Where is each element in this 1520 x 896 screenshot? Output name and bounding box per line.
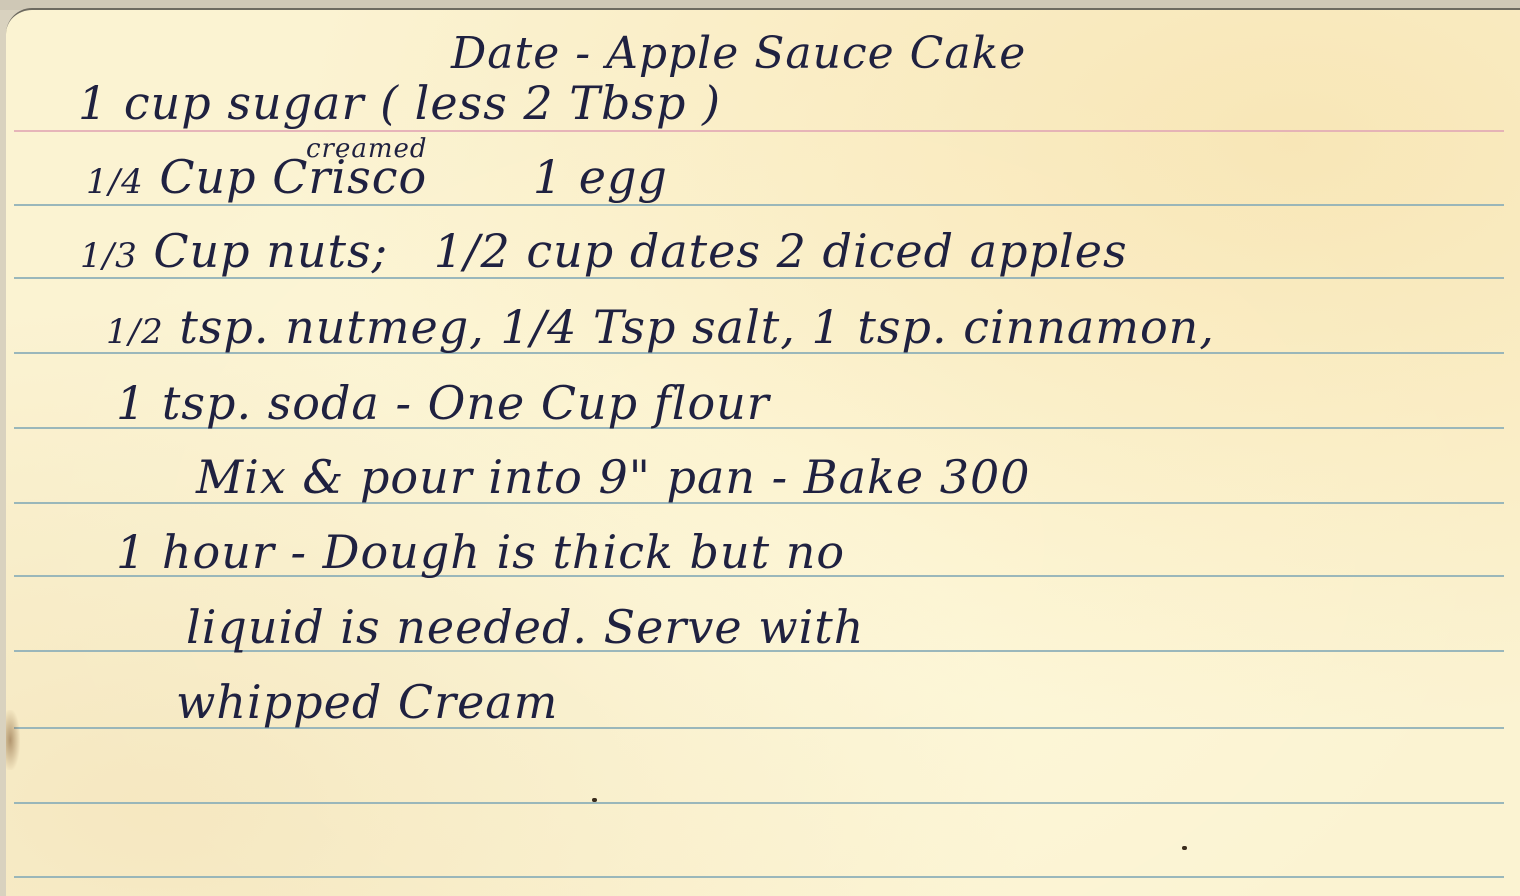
- age-stain: [6, 710, 20, 770]
- ingredient-text: Cup nuts;: [153, 224, 388, 278]
- ingredient-line-4: 1/2 tsp. nutmeg, 1/4 Tsp salt, 1 tsp. ci…: [106, 300, 1215, 354]
- directions-line-1: Mix & pour into 9" pan - Bake 300: [196, 450, 1031, 504]
- ruled-line: [14, 876, 1504, 878]
- ingredient-line-1: 1 cup sugar ( less 2 Tbsp ): [78, 76, 721, 130]
- ingredient-text: Cup Crisco: [159, 150, 427, 204]
- ingredient-qty: 1: [116, 376, 146, 430]
- directions-line-3: liquid is needed. Serve with: [186, 600, 864, 654]
- ingredient-line-3: 1/3 Cup nuts; 1/2 cup dates 2 diced appl…: [80, 224, 1128, 278]
- recipe-title: Date - Apple Sauce Cake: [451, 28, 1026, 79]
- ingredient-qty: 1: [78, 76, 108, 130]
- ingredient-text: tsp. nutmeg, 1/4 Tsp salt, 1 tsp. cinnam…: [179, 300, 1215, 354]
- ingredient-text: cup sugar ( less 2 Tbsp ): [124, 76, 721, 130]
- ruled-line: [14, 204, 1504, 206]
- ink-speck: [592, 798, 597, 802]
- ingredient-extra: 1 egg: [533, 150, 668, 204]
- directions-line-2: 1 hour - Dough is thick but no: [116, 525, 845, 579]
- recipe-card-scan: Date - Apple Sauce Cake 1 cup sugar ( le…: [0, 0, 1520, 896]
- ingredient-line-5: 1 tsp. soda - One Cup flour: [116, 376, 770, 430]
- ingredient-text: tsp. soda - One Cup flour: [162, 376, 770, 430]
- ink-speck: [1182, 846, 1187, 850]
- ruled-line: [14, 802, 1504, 804]
- header-rule: [14, 130, 1504, 132]
- ingredient-extra: 1/2 cup dates 2 diced apples: [434, 224, 1128, 278]
- ingredient-qty: 1/2: [106, 312, 164, 352]
- ingredient-qty: 1/4: [86, 162, 144, 202]
- recipe-card: Date - Apple Sauce Cake 1 cup sugar ( le…: [6, 8, 1520, 896]
- ingredient-line-2: 1/4 Cup Crisco 1 egg: [86, 150, 668, 204]
- ingredient-qty: 1/3: [80, 236, 138, 276]
- directions-line-4: whipped Cream: [176, 675, 558, 729]
